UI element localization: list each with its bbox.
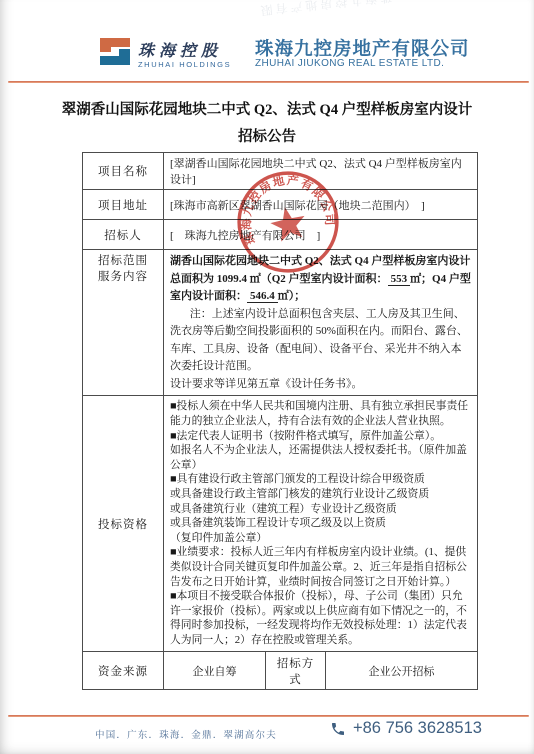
scope-note: 注：上述室内设计总面积包含夹层、工人房及其卫生间、洗衣房等后勤空间投影面积的 5… [170,306,471,376]
scope-detail: 设计要求等详见第五章《设计任务书》。 [170,376,471,394]
qualification-item: ■业绩要求：投标人近三年内有样板房室内设计业绩。(1、提供类似设计合同关键页复印… [170,545,471,589]
tenderee-label: 招标人 [83,220,164,250]
tenderee-value: [ 珠海九控房地产有限公司 ] [164,220,478,250]
row-qualification: 投标资格 ■投标人须在中华人民共和国境内注册、具有独立承担民事责任能力的独立企业… [83,396,478,652]
zhuhai-holdings-logo-icon [98,37,132,67]
q4-area-value: 546.4 [247,290,278,303]
project-name-value: [翠湖香山国际花园地块二中式 Q2、法式 Q4 户型样板房室内设计] [164,153,478,190]
qualification-item: ■投标人须在中华人民共和国境内注册、具有独立承担民事责任能力的独立企业法人，持有… [170,399,471,428]
row-scope: 招标范围 服务内容 湖香山国际花园地块二中式 Q2、法式 Q4 户型样板房室内设… [83,250,478,396]
row-project-name: 项目名称 [翠湖香山国际花园地块二中式 Q2、法式 Q4 户型样板房室内设计] [83,153,478,190]
tender-method-value: 企业公开招标 [326,652,478,690]
project-address-label: 项目地址 [83,190,164,220]
scope-label: 招标范围 服务内容 [83,250,164,396]
qualification-item: ■具有建设行政主管部门颁发的工程设计综合甲级资质 [170,472,471,487]
brand-name-en: ZHUHAI HOLDINGS [138,60,231,69]
project-address-value: [珠海市高新区翠湖香山国际花园（地块二范围内） ] [164,190,478,220]
brand-name-cn: 珠海控股 [138,38,222,61]
footer-address: 中国．广东．珠海．金鼎．翠湖高尔夫 [95,727,277,741]
header-divider [8,81,529,83]
seal-bleed-artifact: 珠海九控房地产有限公司 [251,0,393,20]
tender-method-label: 招标方式 [266,652,326,690]
qualification-value: ■投标人须在中华人民共和国境内注册、具有独立承担民事责任能力的独立企业法人，持有… [164,396,478,652]
tender-info-table: 项目名称 [翠湖香山国际花园地块二中式 Q2、法式 Q4 户型样板房室内设计] … [82,152,478,690]
qualification-item: （复印件加盖公章） [170,531,471,546]
scope-label-line1: 招标范围 [89,252,157,268]
footer-phone-number: +86 756 3628513 [353,719,482,738]
scope-label-line2: 服务内容 [89,268,157,284]
qualification-item: 或具备建筑行业（建筑工程）专业设计乙级资质 [170,502,471,517]
document-page: 珠海控股 ZHUHAI HOLDINGS 珠海九控房地产有限公司 ZHUHAI … [0,0,534,754]
row-tenderee: 招标人 [ 珠海九控房地产有限公司 ] [83,220,478,250]
row-project-address: 项目地址 [珠海市高新区翠湖香山国际花园（地块二范围内） ] [83,190,478,220]
scope-area-paragraph: 湖香山国际花园地块二中式 Q2、法式 Q4 户型样板房室内设计总面积为 1099… [170,253,471,306]
document-title-line1: 翠湖香山国际花园地块二中式 Q2、法式 Q4 户型样板房室内设计 [0,97,534,124]
funding-label: 资金来源 [83,652,164,690]
qualification-label: 投标资格 [83,396,164,652]
qualification-item: 如报名人不为企业法人，还需提供法人授权委托书。（原件加盖公章） [170,443,471,472]
scope-value: 湖香山国际花园地块二中式 Q2、法式 Q4 户型样板房室内设计总面积为 1099… [164,250,478,396]
qualification-item: 或具备建设行政主管部门核发的建筑行业设计乙级资质 [170,487,471,502]
footer-divider [8,715,529,717]
company-name-en: ZHUHAI JIUKONG REAL ESTATE LTD. [255,58,444,69]
document-title: 翠湖香山国际花园地块二中式 Q2、法式 Q4 户型样板房室内设计 招标公告 [0,97,534,151]
phone-icon [330,721,346,737]
footer-phone: +86 756 3628513 [330,719,482,738]
project-name-label: 项目名称 [83,153,164,190]
qualification-item: ■法定代表人证明书（按附件格式填写，原件加盖公章）。 [170,429,471,444]
q2-area-value: 553 [388,273,411,286]
qualification-item: 或具备建筑装饰工程设计专项乙级及以上资质 [170,516,471,531]
funding-value: 企业自筹 [164,652,266,690]
row-funding: 资金来源 企业自筹 招标方式 企业公开招标 [83,652,478,690]
document-title-line2: 招标公告 [0,124,534,151]
qualification-item: ■本项目不接受联合体报价（投标），母、子公司（集团）只允许一家报价（投标）。两家… [170,589,471,647]
